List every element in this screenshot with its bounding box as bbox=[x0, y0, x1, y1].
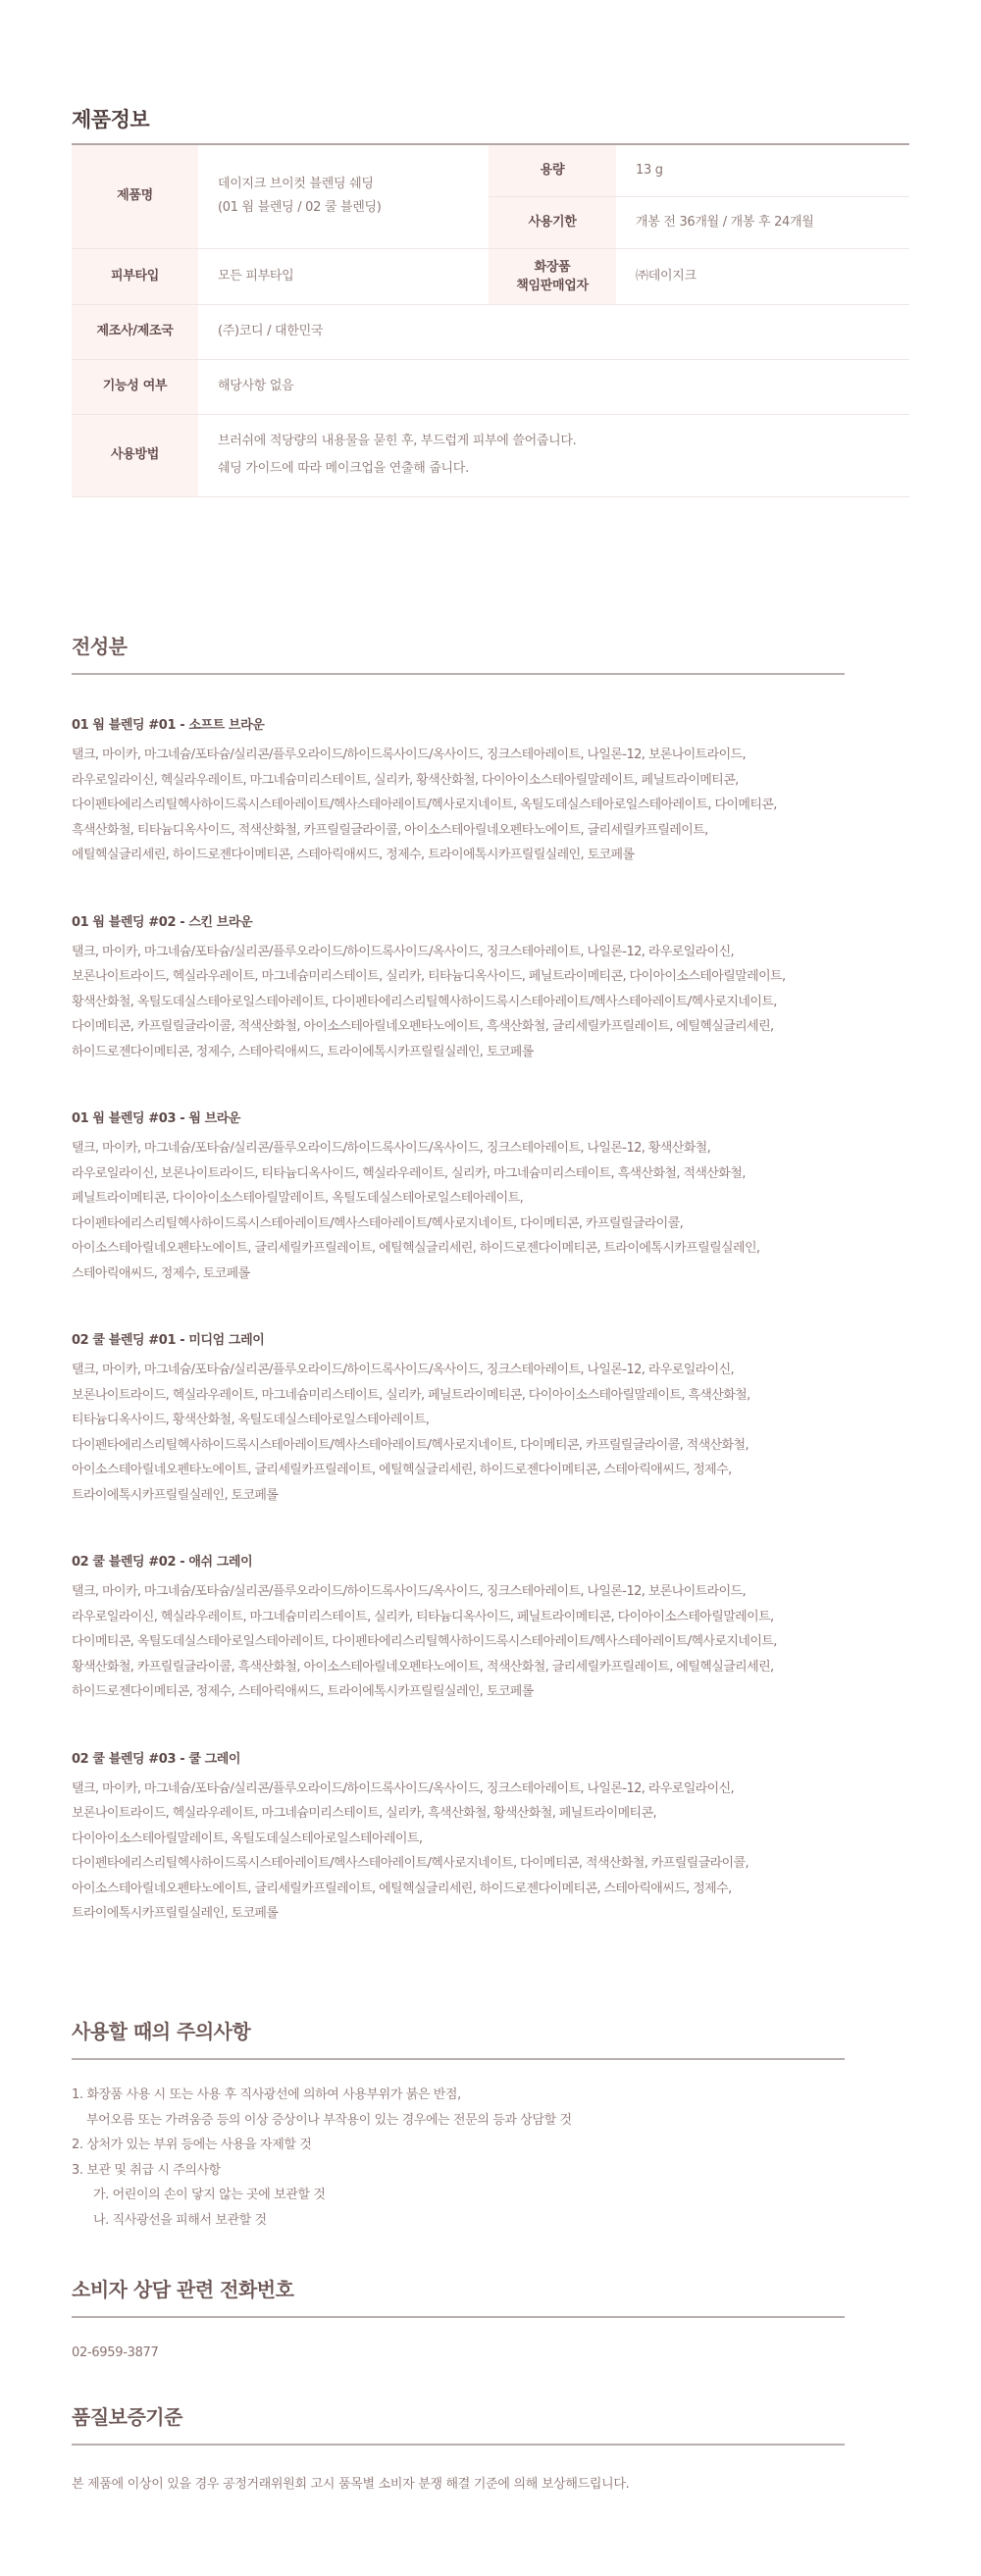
product-detail-page: 제품정보 제품명 데이지크 브이컷 블렌딩 쉐딩 (01 웜 블렌딩 / 02 … bbox=[0, 0, 981, 2576]
ingredient-line: 황색산화철, 옥틸도데실스테아로일스테아레이트, 다이펜타에리스리틸헥사하이드록… bbox=[72, 990, 845, 1015]
quality-title: 품질보증기준 bbox=[72, 2401, 845, 2446]
ingredient-line: 트라이에톡시카프릴릴실레인, 토코페롤 bbox=[72, 1901, 845, 1927]
skin-type-label: 피부타입 bbox=[72, 248, 198, 304]
ingredient-line: 보론나이트라이드, 헥실라우레이트, 마그네슘미리스테이트, 실리카, 페닐트라… bbox=[72, 1383, 845, 1409]
ingredient-line: 탤크, 마이카, 마그네슘/포타슘/실리콘/플루오라이드/하이드록사이드/옥사이… bbox=[72, 940, 845, 965]
ingredient-line: 페닐트라이메티콘, 다이아이소스테아릴말레이트, 옥틸도데실스테아로일스테아레이… bbox=[72, 1186, 845, 1211]
table-row: 사용방법 브러쉬에 적당량의 내용물을 묻힌 후, 부드럽게 피부에 쓸어줍니다… bbox=[72, 414, 909, 496]
ingredient-group: 02 쿨 블렌딩 #03 - 쿨 그레이탤크, 마이카, 마그네슘/포타슘/실리… bbox=[72, 1748, 845, 1927]
maker-label: 제조사/제조국 bbox=[72, 304, 198, 359]
maker-value: (주)코디 / 대한민국 bbox=[198, 304, 909, 359]
ingredient-line: 라우로일라이신, 보론나이트라이드, 티타늄디옥사이드, 헥실라우레이트, 실리… bbox=[72, 1161, 845, 1187]
caution-item: 2. 상처가 있는 부위 등에는 사용을 자제할 것 bbox=[72, 2133, 845, 2158]
ingredient-group-name: 01 웜 블렌딩 #01 - 소프트 브라운 bbox=[72, 714, 845, 733]
ingredient-line: 라우로일라이신, 헥실라우레이트, 마그네슘미리스테이트, 실리카, 황색산화철… bbox=[72, 768, 845, 794]
ingredient-line: 탤크, 마이카, 마그네슘/포타슘/실리콘/플루오라이드/하이드록사이드/옥사이… bbox=[72, 1579, 845, 1605]
ingredient-line: 다이펜타에리스리틸헥사하이드록시스테아레이트/헥사스테아레이트/헥사로지네이트,… bbox=[72, 1433, 845, 1459]
caution-item: 부어오름 또는 가려움증 등의 이상 증상이나 부작용이 있는 경우에는 전문의… bbox=[72, 2108, 845, 2134]
table-row: 제조사/제조국 (주)코디 / 대한민국 bbox=[72, 304, 909, 359]
ingredient-group: 01 웜 블렌딩 #01 - 소프트 브라운탤크, 마이카, 마그네슘/포타슘/… bbox=[72, 714, 845, 868]
ingredient-list: 탤크, 마이카, 마그네슘/포타슘/실리콘/플루오라이드/하이드록사이드/옥사이… bbox=[72, 1358, 845, 1508]
ingredient-line: 탤크, 마이카, 마그네슘/포타슘/실리콘/플루오라이드/하이드록사이드/옥사이… bbox=[72, 743, 845, 768]
ingredient-group: 01 웜 블렌딩 #03 - 웜 브라운탤크, 마이카, 마그네슘/포타슘/실리… bbox=[72, 1108, 845, 1286]
cautions-section: 사용할 때의 주의사항 1. 화장품 사용 시 또는 사용 후 직사광선에 의하… bbox=[72, 2016, 845, 2233]
ingredients-section: 전성분 01 웜 블렌딩 #01 - 소프트 브라운탤크, 마이카, 마그네슘/… bbox=[72, 631, 845, 1927]
functional-value: 해당사항 없음 bbox=[198, 359, 909, 414]
volume-label: 용량 bbox=[489, 144, 616, 196]
product-info-title: 제품정보 bbox=[72, 104, 149, 133]
cautions-title: 사용할 때의 주의사항 bbox=[72, 2016, 845, 2060]
caution-item: 나. 직사광선을 피해서 보관할 것 bbox=[72, 2208, 845, 2234]
product-name-value: 데이지크 브이컷 블렌딩 쉐딩 (01 웜 블렌딩 / 02 쿨 블렌딩) bbox=[198, 144, 489, 248]
ingredient-line: 아이소스테아릴네오펜타노에이트, 글리세릴카프릴레이트, 에틸헥실글리세린, 하… bbox=[72, 1236, 845, 1262]
ingredient-group: 02 쿨 블렌딩 #02 - 애쉬 그레이탤크, 마이카, 마그네슘/포타슘/실… bbox=[72, 1551, 845, 1705]
ingredient-group-name: 02 쿨 블렌딩 #01 - 미디엄 그레이 bbox=[72, 1329, 845, 1348]
ingredient-list: 탤크, 마이카, 마그네슘/포타슘/실리콘/플루오라이드/하이드록사이드/옥사이… bbox=[72, 940, 845, 1065]
ingredient-line: 하이드로젠다이메티콘, 정제수, 스테아릭애씨드, 트라이에톡시카프릴릴실레인,… bbox=[72, 1679, 845, 1705]
table-row: 제품명 데이지크 브이컷 블렌딩 쉐딩 (01 웜 블렌딩 / 02 쿨 블렌딩… bbox=[72, 144, 909, 196]
ingredient-line: 보론나이트라이드, 헥실라우레이트, 마그네슘미리스테이트, 실리카, 티타늄디… bbox=[72, 964, 845, 990]
functional-label: 기능성 여부 bbox=[72, 359, 198, 414]
ingredient-line: 다이아이소스테아릴말레이트, 옥틸도데실스테아로일스테아레이트, bbox=[72, 1827, 845, 1852]
ingredient-line: 다이펜타에리스리틸헥사하이드록시스테아레이트/헥사스테아레이트/헥사로지네이트,… bbox=[72, 793, 845, 818]
ingredient-line: 아이소스테아릴네오펜타노에이트, 글리세릴카프릴레이트, 에틸헥실글리세린, 하… bbox=[72, 1458, 845, 1483]
product-name-variants: (01 웜 블렌딩 / 02 쿨 블렌딩) bbox=[218, 196, 489, 220]
product-name-line: 데이지크 브이컷 블렌딩 쉐딩 bbox=[218, 173, 489, 196]
quality-text: 본 제품에 이상이 있을 경우 공정거래위원회 고시 품목별 소비자 분쟁 해결… bbox=[72, 2473, 845, 2492]
ingredient-line: 탤크, 마이카, 마그네슘/포타슘/실리콘/플루오라이드/하이드록사이드/옥사이… bbox=[72, 1777, 845, 1802]
ingredient-group: 01 웜 블렌딩 #02 - 스킨 브라운탤크, 마이카, 마그네슘/포타슘/실… bbox=[72, 911, 845, 1065]
seller-value: ㈜데이지크 bbox=[616, 248, 909, 304]
ingredient-line: 하이드로젠다이메티콘, 정제수, 스테아릭애씨드, 트라이에톡시카프릴릴실레인,… bbox=[72, 1040, 845, 1065]
ingredient-group-name: 01 웜 블렌딩 #02 - 스킨 브라운 bbox=[72, 911, 845, 930]
ingredient-line: 보론나이트라이드, 헥실라우레이트, 마그네슘미리스테이트, 실리카, 흑색산화… bbox=[72, 1801, 845, 1827]
product-info-table: 제품명 데이지크 브이컷 블렌딩 쉐딩 (01 웜 블렌딩 / 02 쿨 블렌딩… bbox=[72, 143, 909, 497]
skin-type-value: 모든 피부타입 bbox=[198, 248, 489, 304]
caution-item: 1. 화장품 사용 시 또는 사용 후 직사광선에 의하여 사용부위가 붉은 반… bbox=[72, 2083, 845, 2108]
expiry-label: 사용기한 bbox=[489, 196, 616, 248]
ingredients-title: 전성분 bbox=[72, 631, 845, 675]
ingredient-line: 흑색산화철, 티타늄디옥사이드, 적색산화철, 카프릴릴글라이콜, 아이소스테아… bbox=[72, 818, 845, 844]
ingredient-line: 탤크, 마이카, 마그네슘/포타슘/실리콘/플루오라이드/하이드록사이드/옥사이… bbox=[72, 1136, 845, 1161]
volume-value: 13 g bbox=[616, 144, 909, 196]
usage-label: 사용방법 bbox=[72, 414, 198, 496]
ingredient-group: 02 쿨 블렌딩 #01 - 미디엄 그레이탤크, 마이카, 마그네슘/포타슘/… bbox=[72, 1329, 845, 1508]
seller-label-line: 책임판매업자 bbox=[489, 277, 616, 295]
ingredient-line: 황색산화철, 카프릴릴글라이콜, 흑색산화철, 아이소스테아릴네오펜타노에이트,… bbox=[72, 1655, 845, 1680]
consumer-phone-title: 소비자 상담 관련 전화번호 bbox=[72, 2274, 845, 2318]
ingredient-list: 탤크, 마이카, 마그네슘/포타슘/실리콘/플루오라이드/하이드록사이드/옥사이… bbox=[72, 1777, 845, 1927]
ingredient-line: 에틸헥실글리세린, 하이드로젠다이메티콘, 스테아릭애씨드, 정제수, 트라이에… bbox=[72, 843, 845, 868]
quality-section: 품질보증기준 본 제품에 이상이 있을 경우 공정거래위원회 고시 품목별 소비… bbox=[72, 2401, 845, 2492]
usage-value: 브러쉬에 적당량의 내용물을 묻힌 후, 부드럽게 피부에 쓸어줍니다. 쉐딩 … bbox=[198, 414, 909, 496]
ingredient-line: 다이메티콘, 카프릴릴글라이콜, 적색산화철, 아이소스테아릴네오펜타노에이트,… bbox=[72, 1014, 845, 1040]
caution-item: 가. 어린이의 손이 닿지 않는 곳에 보관할 것 bbox=[72, 2183, 845, 2208]
ingredient-line: 스테아릭애씨드, 정제수, 토코페롤 bbox=[72, 1262, 845, 1287]
ingredient-line: 아이소스테아릴네오펜타노에이트, 글리세릴카프릴레이트, 에틸헥실글리세린, 하… bbox=[72, 1877, 845, 1902]
ingredient-groups: 01 웜 블렌딩 #01 - 소프트 브라운탤크, 마이카, 마그네슘/포타슘/… bbox=[72, 714, 845, 1927]
consumer-phone-section: 소비자 상담 관련 전화번호 02-6959-3877 bbox=[72, 2274, 845, 2360]
ingredient-line: 다이펜타에리스리틸헥사하이드록시스테아레이트/헥사스테아레이트/헥사로지네이트,… bbox=[72, 1851, 845, 1877]
ingredient-list: 탤크, 마이카, 마그네슘/포타슘/실리콘/플루오라이드/하이드록사이드/옥사이… bbox=[72, 1579, 845, 1705]
usage-line: 브러쉬에 적당량의 내용물을 묻힌 후, 부드럽게 피부에 쓸어줍니다. bbox=[218, 428, 909, 455]
table-row: 피부타입 모든 피부타입 화장품 책임판매업자 ㈜데이지크 bbox=[72, 248, 909, 304]
expiry-value: 개봉 전 36개월 / 개봉 후 24개월 bbox=[616, 196, 909, 248]
ingredient-line: 트라이에톡시카프릴릴실레인, 토코페롤 bbox=[72, 1483, 845, 1509]
product-name-label: 제품명 bbox=[72, 144, 198, 248]
seller-label: 화장품 책임판매업자 bbox=[489, 248, 616, 304]
ingredient-line: 다이펜타에리스리틸헥사하이드록시스테아레이트/헥사스테아레이트/헥사로지네이트,… bbox=[72, 1211, 845, 1237]
ingredient-line: 탤크, 마이카, 마그네슘/포타슘/실리콘/플루오라이드/하이드록사이드/옥사이… bbox=[72, 1358, 845, 1383]
ingredient-line: 다이메티콘, 옥틸도데실스테아로일스테아레이트, 다이펜타에리스리틸헥사하이드록… bbox=[72, 1629, 845, 1655]
ingredient-line: 라우로일라이신, 헥실라우레이트, 마그네슘미리스테이트, 실리카, 티타늄디옥… bbox=[72, 1605, 845, 1630]
ingredient-group-name: 01 웜 블렌딩 #03 - 웜 브라운 bbox=[72, 1108, 845, 1126]
cautions-list: 1. 화장품 사용 시 또는 사용 후 직사광선에 의하여 사용부위가 붉은 반… bbox=[72, 2083, 845, 2233]
ingredient-line: 티타늄디옥사이드, 황색산화철, 옥틸도데실스테아로일스테아레이트, bbox=[72, 1408, 845, 1433]
caution-item: 3. 보관 및 취급 시 주의사항 bbox=[72, 2158, 845, 2184]
ingredient-group-name: 02 쿨 블렌딩 #03 - 쿨 그레이 bbox=[72, 1748, 845, 1767]
seller-label-line: 화장품 bbox=[489, 258, 616, 277]
ingredient-group-name: 02 쿨 블렌딩 #02 - 애쉬 그레이 bbox=[72, 1551, 845, 1570]
usage-line: 쉐딩 가이드에 따라 메이크업을 연출해 줍니다. bbox=[218, 455, 909, 483]
consumer-phone-value: 02-6959-3877 bbox=[72, 2345, 845, 2360]
ingredient-list: 탤크, 마이카, 마그네슘/포타슘/실리콘/플루오라이드/하이드록사이드/옥사이… bbox=[72, 743, 845, 868]
table-row: 기능성 여부 해당사항 없음 bbox=[72, 359, 909, 414]
ingredient-list: 탤크, 마이카, 마그네슘/포타슘/실리콘/플루오라이드/하이드록사이드/옥사이… bbox=[72, 1136, 845, 1286]
